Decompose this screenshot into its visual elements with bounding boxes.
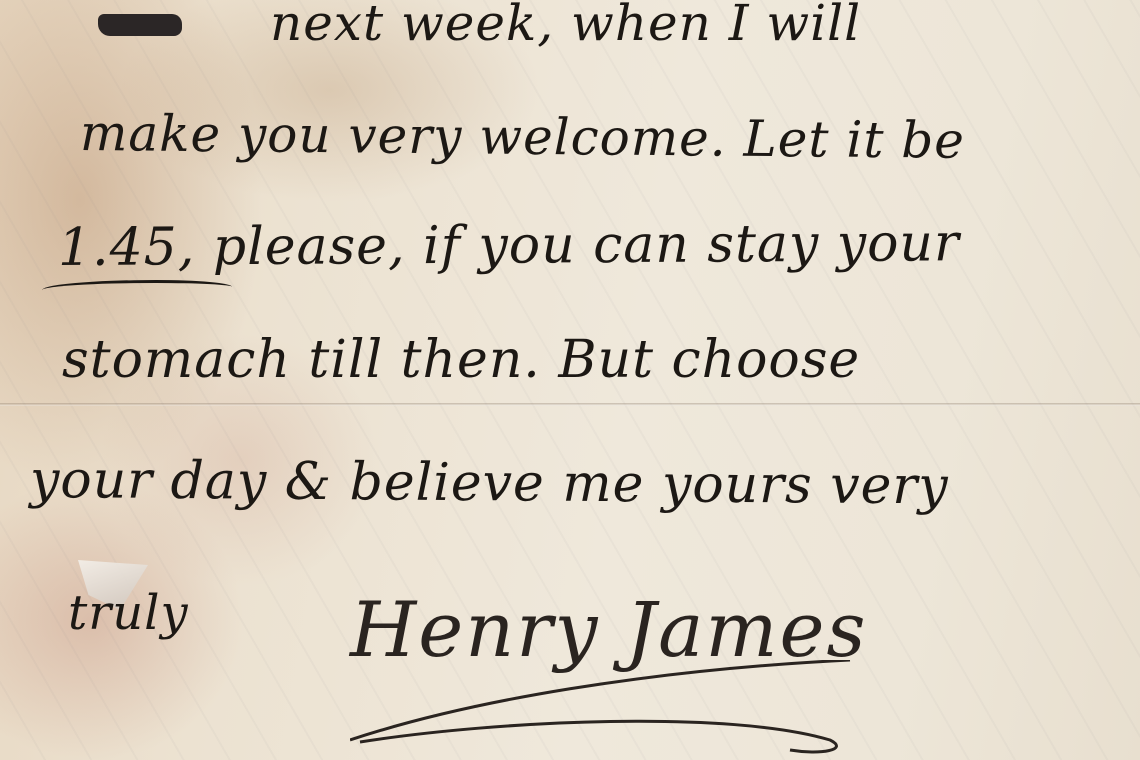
letter-line-5: your day & believe me yours very bbox=[30, 450, 949, 516]
letter-line-3: 1.45, please, if you can stay your bbox=[58, 213, 960, 278]
letter-line-1: next week, when I will bbox=[270, 0, 861, 52]
ink-blot-strikeout bbox=[98, 14, 182, 36]
paper-fold-crease bbox=[0, 403, 1140, 406]
letter-line-4: stomach till then. But choose bbox=[62, 330, 860, 390]
time-underline bbox=[42, 280, 232, 297]
signature-flourish bbox=[350, 660, 870, 760]
letter-line-2: make you very welcome. Let it be bbox=[80, 104, 965, 170]
letter-line-6: truly bbox=[68, 585, 189, 641]
